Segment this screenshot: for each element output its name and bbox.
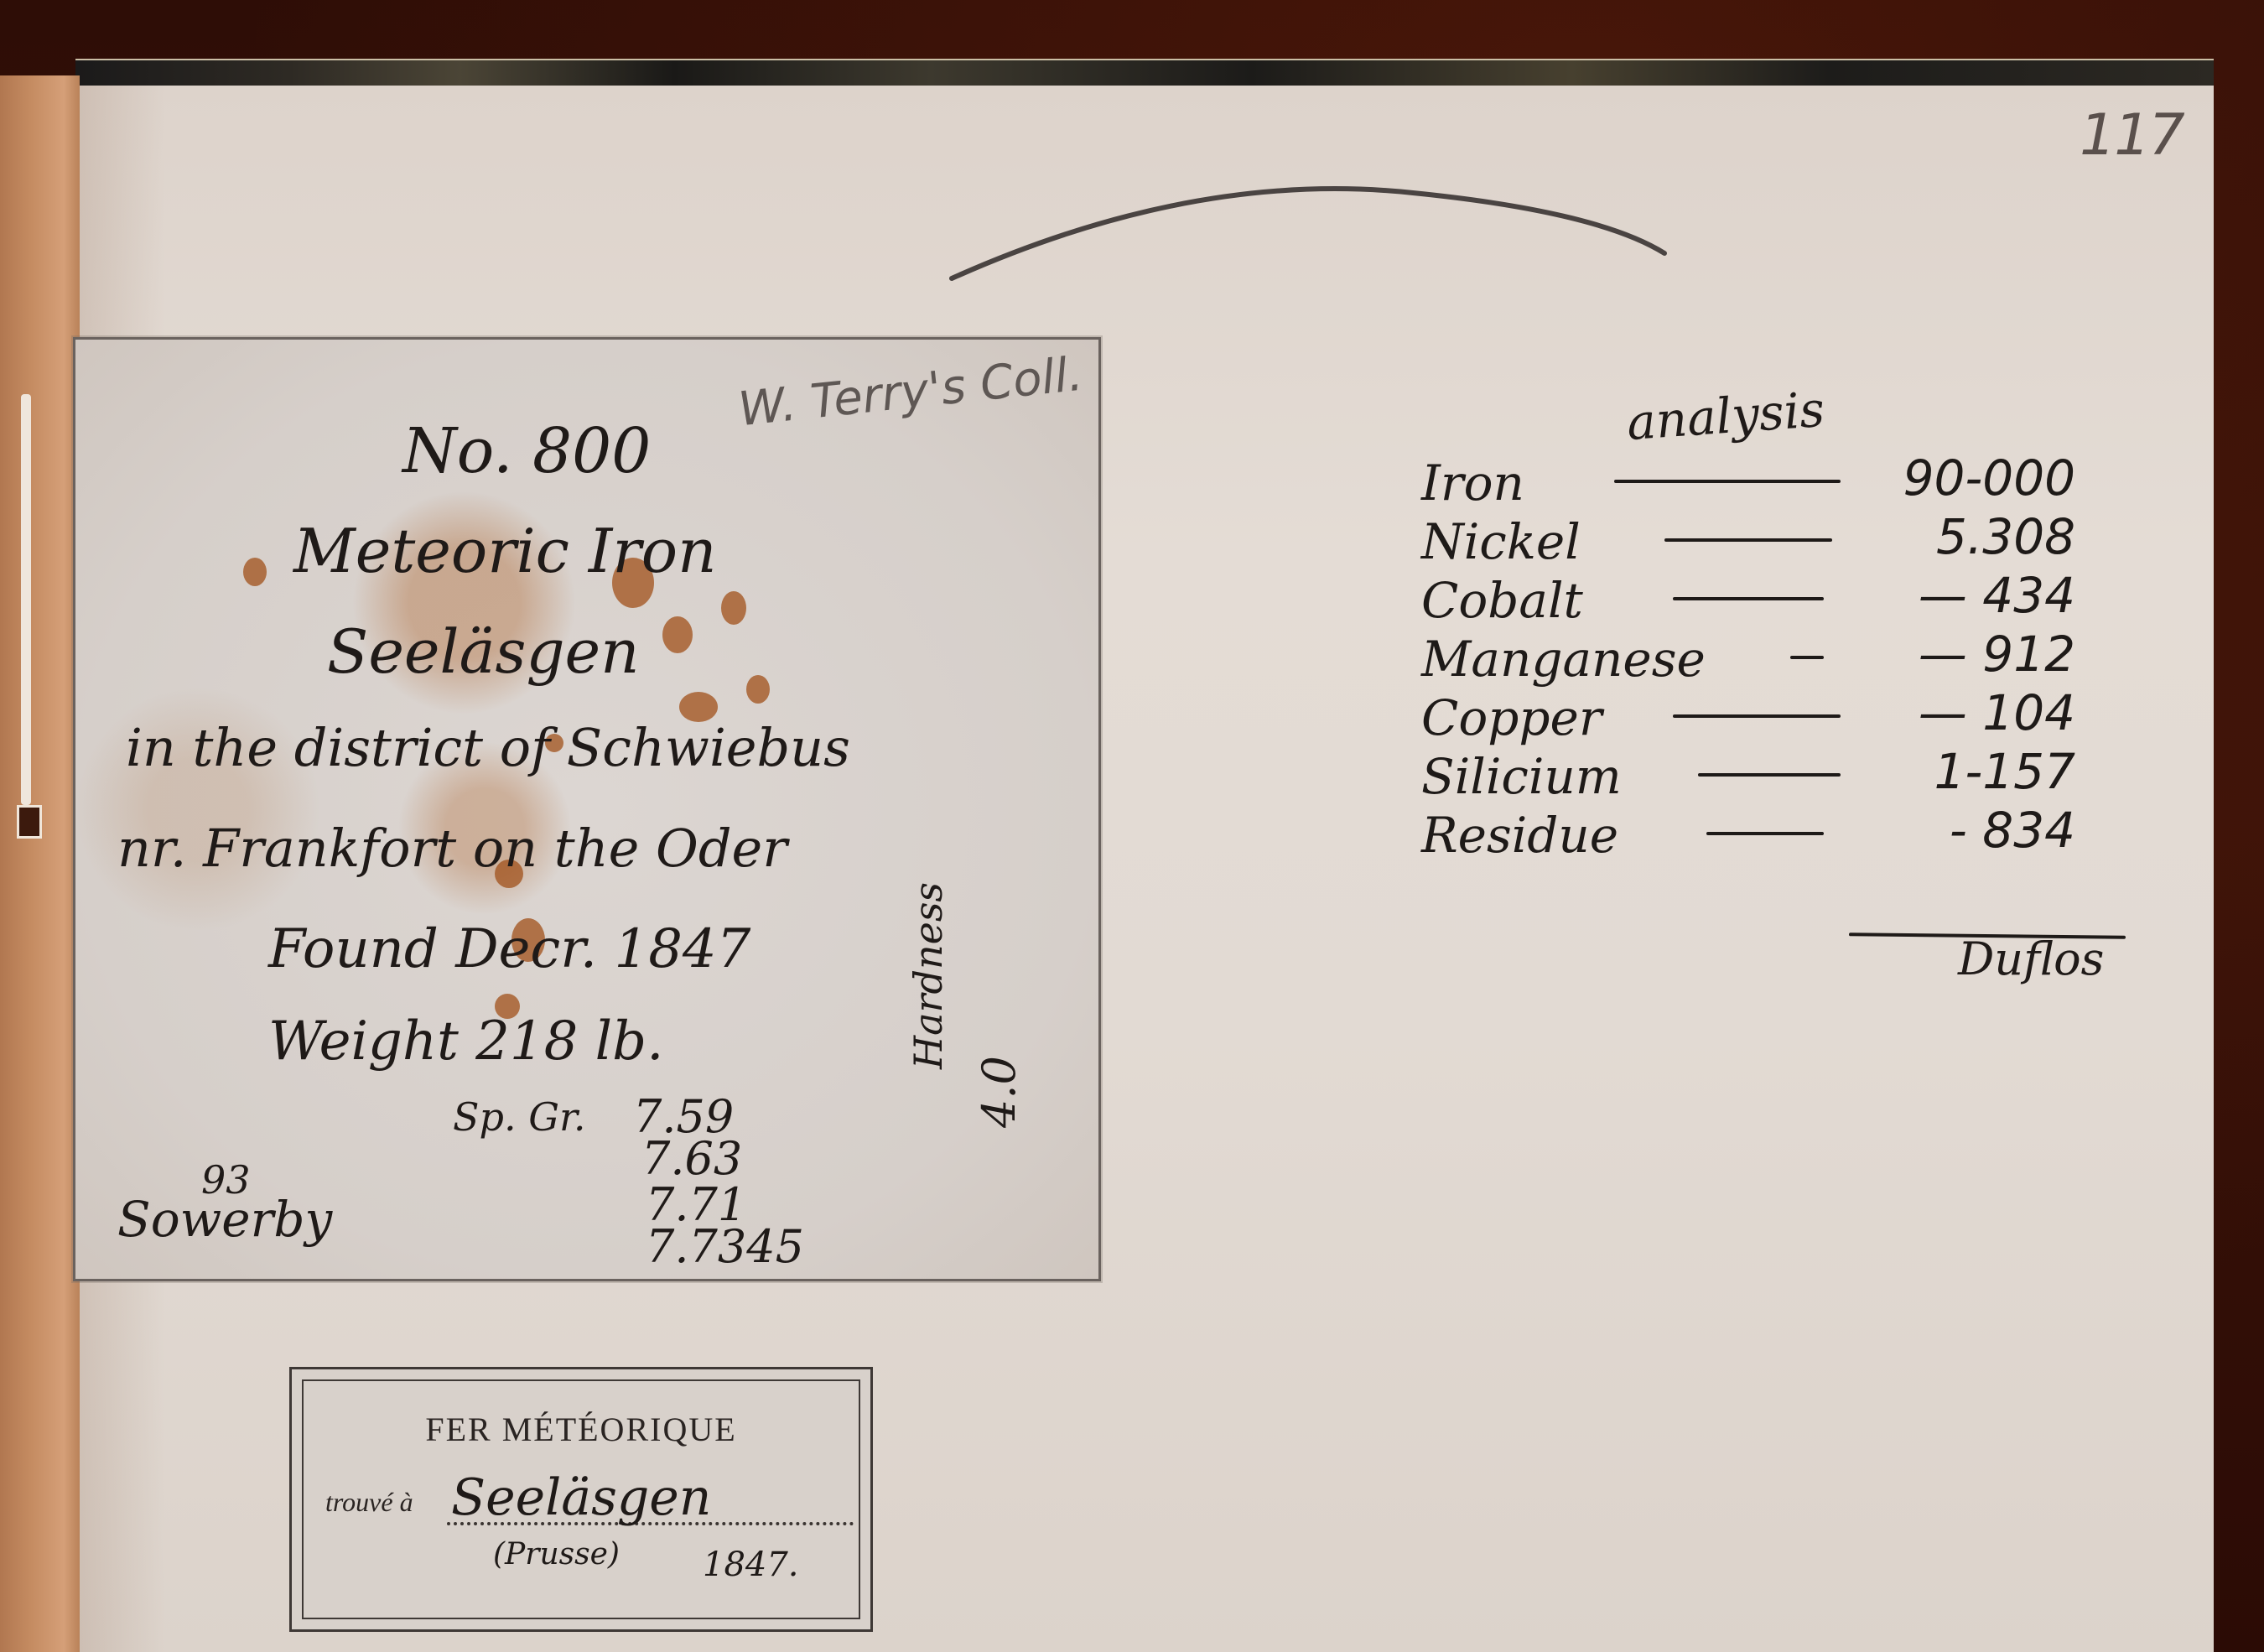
specific-gravity-value: 7.7345	[646, 1220, 804, 1273]
element-value: 1-157	[1934, 743, 2075, 800]
album-page: 117 W. Terry's Coll. No. 800 Meteoric Ir…	[80, 86, 2214, 1652]
element-name: Copper	[1421, 689, 1602, 746]
weight-line: Weight 218 lb.	[268, 1010, 663, 1073]
element-value: 5.308	[1936, 508, 2075, 565]
element-name: Iron	[1421, 455, 1524, 512]
hardness-value: 4.0	[973, 1056, 1026, 1128]
element-value: — 434	[1919, 567, 2075, 624]
element-name: Cobalt	[1421, 572, 1583, 629]
element-name: Manganese	[1421, 631, 1706, 688]
album-book: 117 W. Terry's Coll. No. 800 Meteoric Ir…	[0, 59, 2214, 1652]
printed-label-region: (Prusse)	[493, 1537, 620, 1571]
leader-line	[1698, 773, 1841, 777]
analysis-row: Residue - 834	[1421, 807, 2176, 857]
analysis-row: Manganese — 912	[1421, 631, 2176, 681]
element-name: Silicium	[1421, 748, 1622, 805]
hardness-label: Hardness	[906, 882, 951, 1069]
binding-thread	[21, 394, 31, 805]
leader-line	[1790, 656, 1824, 659]
analysis-row: Cobalt — 434	[1421, 572, 2176, 622]
printed-label-locality: Seeläsgen	[451, 1468, 711, 1527]
analysis-row: Nickel 5.308	[1421, 513, 2176, 564]
specific-gravity-label: Sp. Gr.	[453, 1094, 586, 1140]
catalog-number: No. 800	[402, 415, 651, 487]
element-name: Residue	[1421, 807, 1618, 864]
leader-line	[1614, 480, 1841, 483]
element-value: — 104	[1919, 684, 2075, 741]
leader-line	[1673, 597, 1824, 600]
specimen-locality: Seeläsgen	[327, 616, 640, 687]
analyst-signature: Duflos	[1958, 932, 2104, 985]
specimen-label: W. Terry's Coll. No. 800 Meteoric Iron S…	[73, 337, 1101, 1281]
pencil-bracket-arc	[943, 178, 1681, 304]
leader-line	[1706, 832, 1824, 835]
specific-gravity-value: 7.63	[641, 1132, 742, 1185]
printed-trouve-prefix: trouvé à	[325, 1487, 413, 1518]
rust-stain	[243, 558, 267, 586]
printed-label-year: 1847.	[703, 1546, 799, 1584]
analysis-row: Iron 90-000	[1421, 455, 2176, 505]
element-value: — 912	[1919, 626, 2075, 683]
element-value: 90-000	[1903, 449, 2075, 507]
rust-stain	[721, 591, 746, 625]
near-line: nr. Frankfort on the Oder	[117, 818, 787, 879]
specimen-title: Meteoric Iron	[293, 516, 716, 586]
marbled-cover-edge	[75, 59, 2214, 89]
rust-stain	[662, 616, 693, 653]
element-value: - 834	[1950, 802, 2075, 859]
element-name: Nickel	[1421, 513, 1581, 570]
printed-title: FER MÉTÉORIQUE	[292, 1410, 870, 1449]
binding-hole	[17, 805, 42, 839]
collection-note: W. Terry's Coll.	[736, 347, 1086, 438]
analysis-heading: analysis	[1625, 381, 1826, 451]
page-number: 117	[2080, 102, 2184, 169]
sowerby-label: Sowerby	[117, 1191, 332, 1248]
chemical-analysis: analysis Iron 90-000 Nickel 5.308 Cobalt…	[1421, 337, 2176, 1008]
leader-line	[1664, 538, 1832, 542]
rust-stain	[746, 675, 770, 704]
district-line: in the district of Schwiebus	[126, 717, 850, 778]
book-gutter	[0, 75, 80, 1652]
analysis-row: Copper — 104	[1421, 689, 2176, 740]
found-line: Found Decr. 1847	[268, 918, 750, 980]
analysis-row: Silicium 1-157	[1421, 748, 2176, 798]
leader-line	[1673, 714, 1841, 718]
printed-label: FER MÉTÉORIQUE trouvé à Seeläsgen (Pruss…	[289, 1367, 873, 1632]
